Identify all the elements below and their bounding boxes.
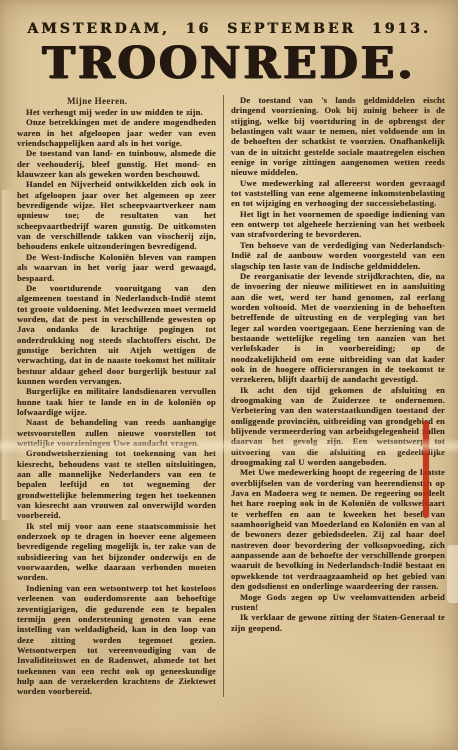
paragraph: Moge Gods zegen op Uw veelomvattenden ar… bbox=[231, 592, 445, 613]
right-column-text: De toestand van 's lands geldmiddelen ei… bbox=[231, 95, 445, 633]
paper-crease-vertical bbox=[2, 190, 14, 520]
paragraph: Burgerlijke en militaire landsdienaren v… bbox=[17, 386, 216, 417]
paragraph: Ik stel mij voor aan eene staatscommissi… bbox=[17, 521, 216, 583]
paragraph: Grondwetsherziening tot toekenning van h… bbox=[17, 448, 216, 520]
salutation: Mijne Heeren. bbox=[17, 95, 216, 107]
dateline: AMSTERDAM, 16 SEPTEMBER 1913. bbox=[0, 0, 458, 37]
newspaper-clipping: AMSTERDAM, 16 SEPTEMBER 1913. TROONREDE.… bbox=[0, 0, 458, 750]
paragraph: De toestand van 's lands geldmiddelen ei… bbox=[231, 95, 445, 178]
paragraph: De West-Indische Koloniën bleven van ram… bbox=[17, 252, 216, 283]
paragraph: De reorganisatie der levende strijdkrach… bbox=[231, 271, 445, 385]
paragraph: Uwe medewerking zal allereerst worden ge… bbox=[231, 178, 445, 209]
paragraph: Onze betrekkingen met de andere mogendhe… bbox=[17, 117, 216, 148]
paragraph: Ik acht den tijd gekomen de afsluiting e… bbox=[231, 385, 445, 468]
left-column: Mijne Heeren. Het verheugt mij weder in … bbox=[17, 95, 223, 697]
page-title: TROONREDE. bbox=[0, 41, 458, 87]
paragraph: Handel en Nijverheid ontwikkelden zich o… bbox=[17, 179, 216, 251]
right-column: De toestand van 's lands geldmiddelen ei… bbox=[223, 95, 445, 697]
paragraph: De voortdurende vooruitgang van den alge… bbox=[17, 283, 216, 386]
red-margin-mark bbox=[423, 421, 429, 518]
paragraph: Het ligt in het voornemen de spoedige in… bbox=[231, 209, 445, 240]
paragraph: Indiening van een wetsontwerp tot het ko… bbox=[17, 583, 216, 697]
article-columns: Mijne Heeren. Het verheugt mij weder in … bbox=[17, 95, 445, 697]
paragraph: Ik verklaar de gewone zitting der Staten… bbox=[231, 612, 445, 633]
paragraph: Naast de behandeling van reeds aanhangig… bbox=[17, 417, 216, 448]
paragraph: Met Uwe medewerking hoopt de regeering d… bbox=[231, 467, 445, 591]
paragraph: De toestand van land- en tuinbouw, alsme… bbox=[17, 148, 216, 179]
paper-edge-tear bbox=[447, 545, 458, 603]
paragraph: Ten behoeve van de verdediging van Neder… bbox=[231, 240, 445, 271]
left-column-text: Het verheugt mij weder in uw midden te z… bbox=[17, 107, 216, 697]
paragraph: Het verheugt mij weder in uw midden te z… bbox=[17, 107, 216, 117]
